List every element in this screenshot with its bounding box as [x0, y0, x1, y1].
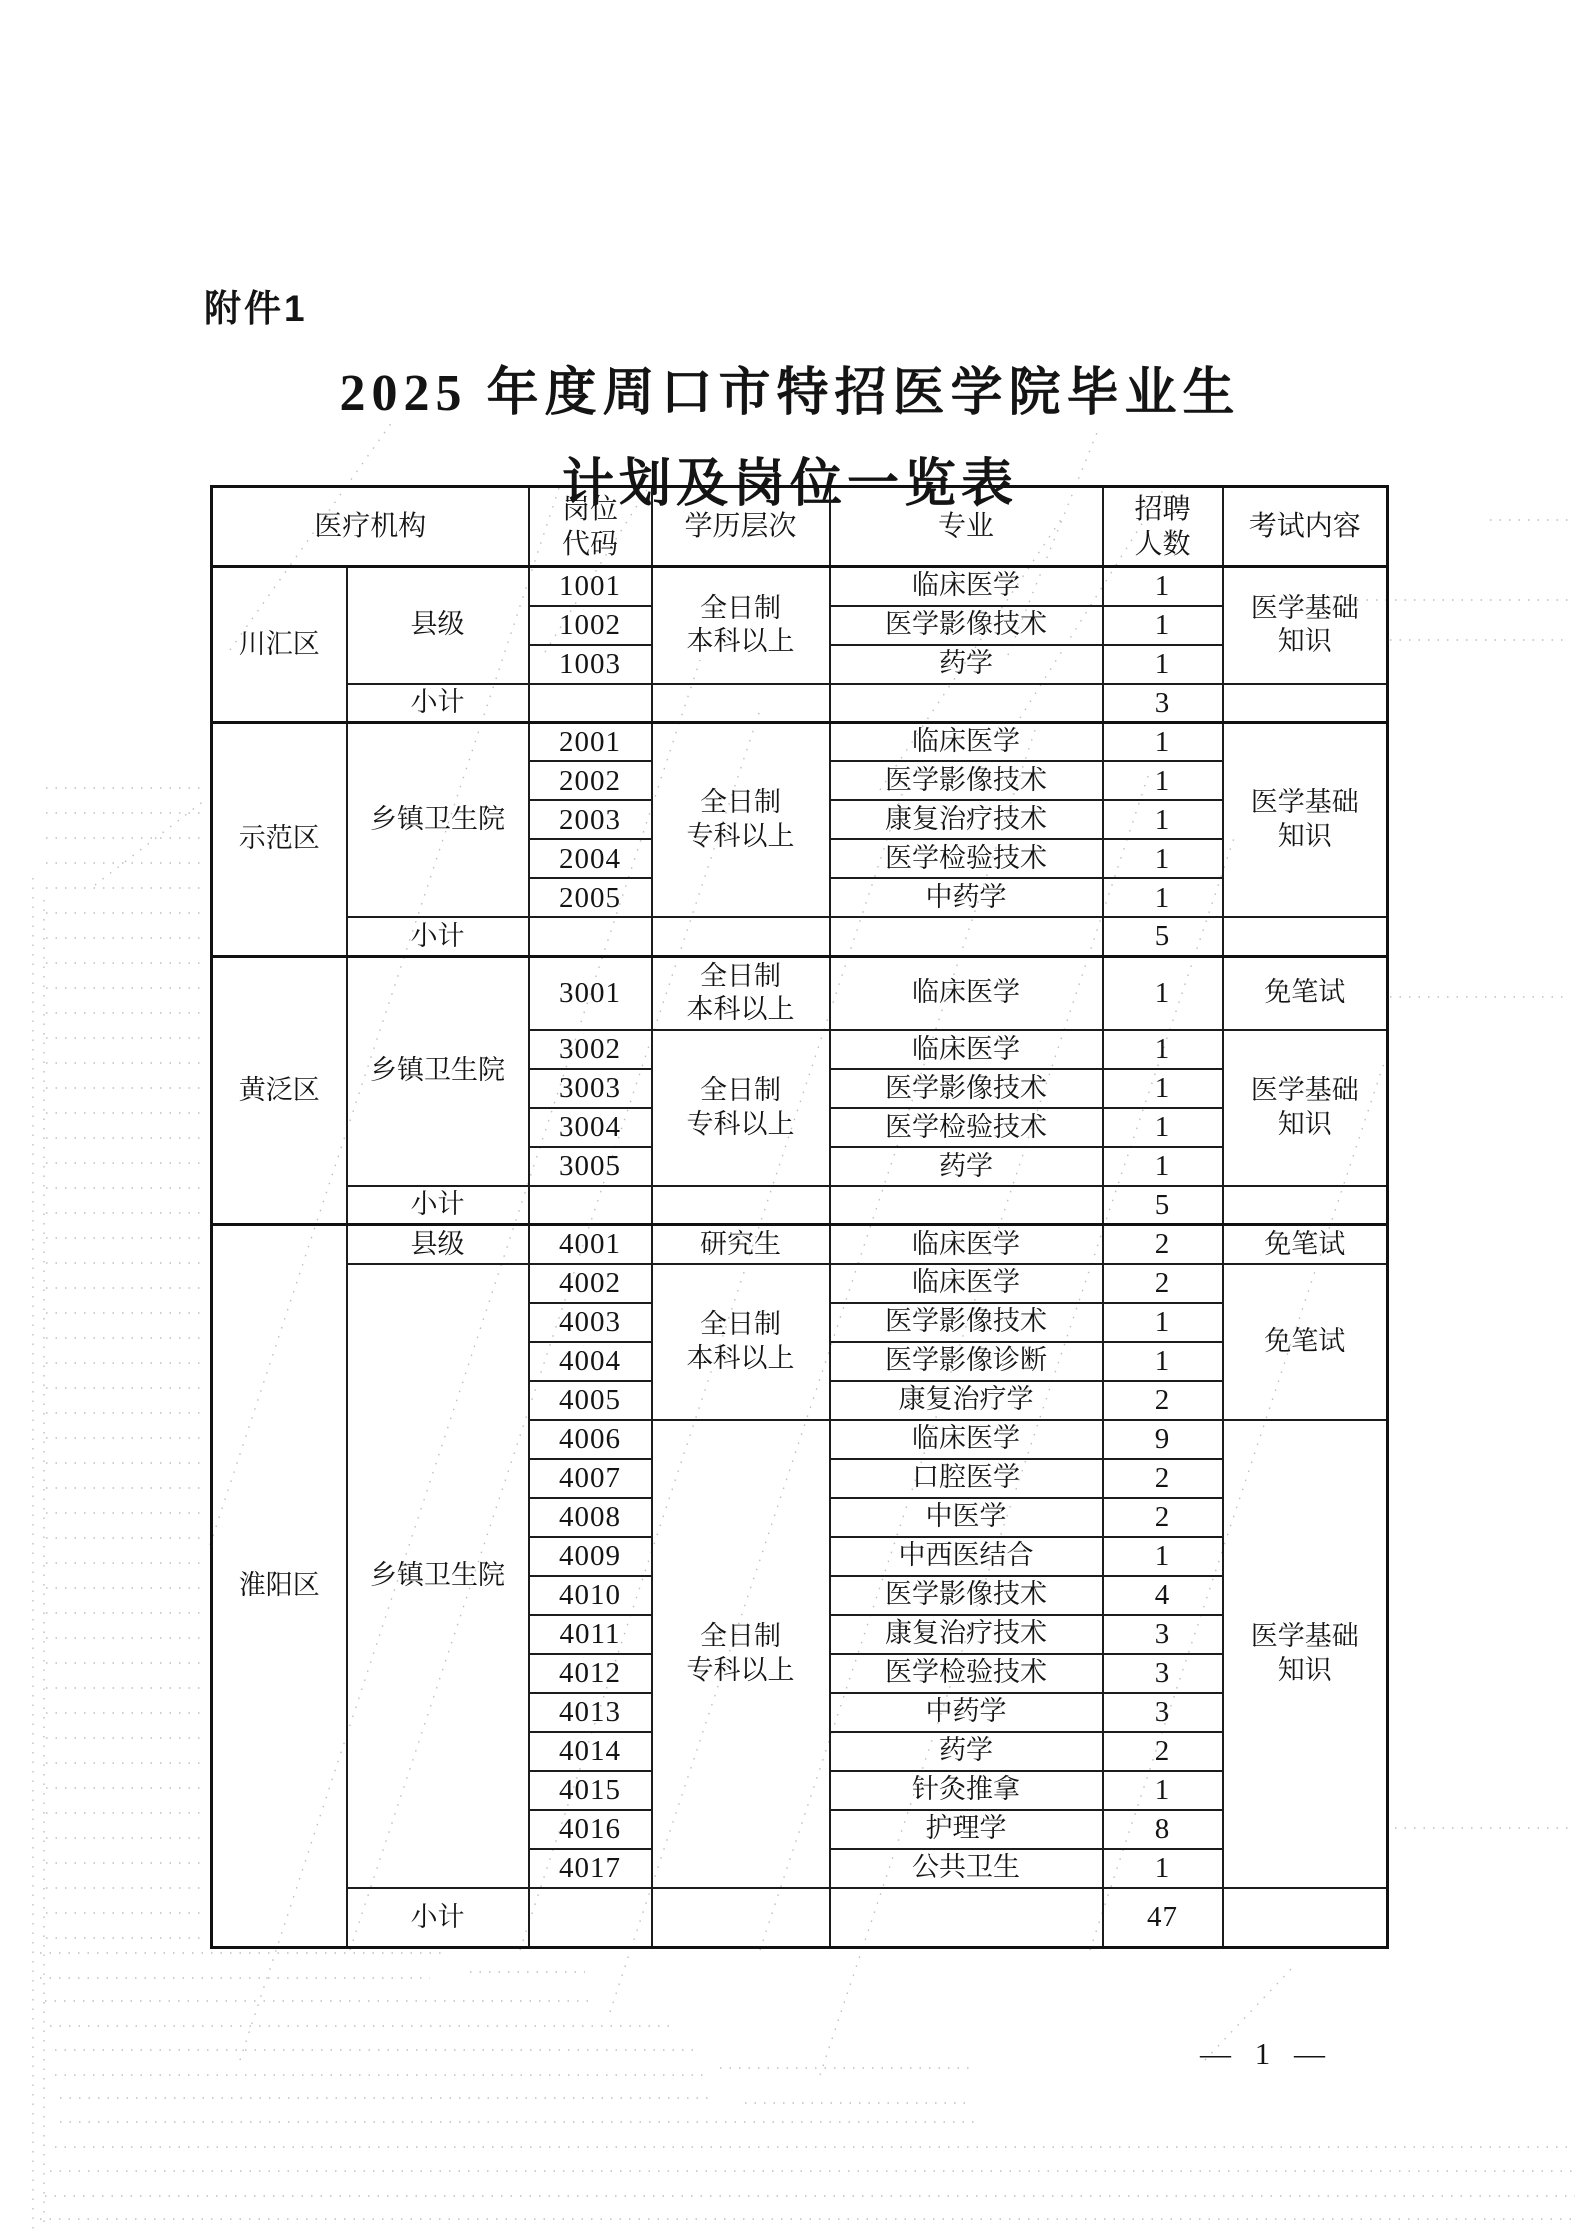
cell-empty [830, 1186, 1103, 1225]
cell-major: 医学影像技术 [830, 1303, 1103, 1342]
header-medical-institution: 医疗机构 [212, 487, 529, 567]
cell-position-code: 4010 [529, 1576, 652, 1615]
cell-major: 中西医结合 [830, 1537, 1103, 1576]
cell-major: 中药学 [830, 1693, 1103, 1732]
document-title-line1: 2025 年度周口市特招医学院毕业生 [0, 350, 1580, 425]
header-education-level: 学历层次 [652, 487, 830, 567]
cell-recruit-count: 3 [1103, 1693, 1223, 1732]
cell-recruit-count: 1 [1103, 606, 1223, 645]
cell-education-level: 全日制 专科以上 [652, 1420, 830, 1888]
cell-subtotal-label: 小计 [347, 684, 529, 723]
cell-empty [652, 1186, 830, 1225]
cell-recruit-count: 1 [1103, 1342, 1223, 1381]
header-exam-content: 考试内容 [1223, 487, 1388, 567]
cell-recruit-count: 1 [1103, 839, 1223, 878]
cell-subtotal-label: 小计 [347, 917, 529, 956]
table-row: 川汇区县级1001全日制 本科以上临床医学1医学基础 知识 [212, 567, 1388, 606]
cell-major: 临床医学 [830, 567, 1103, 606]
table-row: 乡镇卫生院4002全日制 本科以上临床医学2免笔试 [212, 1264, 1388, 1303]
cell-organization: 乡镇卫生院 [347, 722, 529, 917]
cell-empty [830, 1888, 1103, 1948]
cell-major: 医学影像技术 [830, 606, 1103, 645]
cell-empty [529, 1888, 652, 1948]
scanned-document-page: { "page": { "attachment_label": "附件1", "… [0, 0, 1580, 2237]
cell-major: 医学影像技术 [830, 761, 1103, 800]
cell-position-code: 2005 [529, 878, 652, 917]
cell-major: 临床医学 [830, 956, 1103, 1030]
cell-recruit-count: 1 [1103, 800, 1223, 839]
cell-recruit-count: 2 [1103, 1381, 1223, 1420]
cell-major: 中医学 [830, 1498, 1103, 1537]
cell-position-code: 4012 [529, 1654, 652, 1693]
cell-subtotal-count: 3 [1103, 684, 1223, 723]
subtotal-row: 小计5 [212, 917, 1388, 956]
cell-recruit-count: 2 [1103, 1732, 1223, 1771]
cell-subtotal-count: 47 [1103, 1888, 1223, 1948]
cell-major: 临床医学 [830, 722, 1103, 761]
cell-major: 康复治疗学 [830, 1381, 1103, 1420]
cell-major: 临床医学 [830, 1264, 1103, 1303]
cell-position-code: 4004 [529, 1342, 652, 1381]
page-number: — 1 — [1200, 2036, 1333, 2072]
cell-exam-content: 医学基础 知识 [1223, 722, 1388, 917]
cell-major: 康复治疗技术 [830, 800, 1103, 839]
cell-position-code: 4001 [529, 1225, 652, 1264]
subtotal-row: 小计47 [212, 1888, 1388, 1948]
cell-position-code: 1003 [529, 645, 652, 684]
cell-recruit-count: 8 [1103, 1810, 1223, 1849]
cell-major: 临床医学 [830, 1420, 1103, 1459]
cell-education-level: 全日制 本科以上 [652, 1264, 830, 1420]
cell-recruit-count: 1 [1103, 1030, 1223, 1069]
cell-position-code: 4008 [529, 1498, 652, 1537]
cell-recruit-count: 9 [1103, 1420, 1223, 1459]
cell-recruit-count: 1 [1103, 1108, 1223, 1147]
cell-recruit-count: 1 [1103, 1069, 1223, 1108]
cell-district: 示范区 [212, 722, 347, 956]
cell-major: 药学 [830, 645, 1103, 684]
cell-major: 医学影像技术 [830, 1576, 1103, 1615]
cell-recruit-count: 3 [1103, 1654, 1223, 1693]
cell-position-code: 4011 [529, 1615, 652, 1654]
cell-position-code: 3004 [529, 1108, 652, 1147]
cell-recruit-count: 1 [1103, 1147, 1223, 1186]
cell-major: 针灸推拿 [830, 1771, 1103, 1810]
cell-position-code: 4005 [529, 1381, 652, 1420]
cell-subtotal-count: 5 [1103, 917, 1223, 956]
cell-subtotal-label: 小计 [347, 1186, 529, 1225]
cell-education-level: 全日制 专科以上 [652, 722, 830, 917]
cell-empty [652, 1888, 830, 1948]
subtotal-row: 小计5 [212, 1186, 1388, 1225]
cell-position-code: 1002 [529, 606, 652, 645]
cell-empty [652, 917, 830, 956]
attachment-label: 附件1 [204, 278, 308, 332]
cell-exam-content: 免笔试 [1223, 1264, 1388, 1420]
header-position-code: 岗位 代码 [529, 487, 652, 567]
table-row: 示范区乡镇卫生院2001全日制 专科以上临床医学1医学基础 知识 [212, 722, 1388, 761]
cell-major: 药学 [830, 1732, 1103, 1771]
cell-recruit-count: 1 [1103, 567, 1223, 606]
cell-position-code: 2002 [529, 761, 652, 800]
cell-organization: 县级 [347, 1225, 529, 1264]
cell-recruit-count: 2 [1103, 1498, 1223, 1537]
cell-position-code: 4002 [529, 1264, 652, 1303]
cell-recruit-count: 1 [1103, 1849, 1223, 1888]
cell-major: 临床医学 [830, 1225, 1103, 1264]
cell-major: 医学检验技术 [830, 839, 1103, 878]
cell-recruit-count: 1 [1103, 645, 1223, 684]
cell-position-code: 3003 [529, 1069, 652, 1108]
cell-position-code: 4016 [529, 1810, 652, 1849]
cell-position-code: 2004 [529, 839, 652, 878]
cell-organization: 县级 [347, 567, 529, 684]
subtotal-row: 小计3 [212, 684, 1388, 723]
cell-empty [1223, 1888, 1388, 1948]
cell-major: 医学影像技术 [830, 1069, 1103, 1108]
cell-position-code: 4014 [529, 1732, 652, 1771]
cell-recruit-count: 1 [1103, 761, 1223, 800]
cell-recruit-count: 1 [1103, 1537, 1223, 1576]
cell-empty [1223, 684, 1388, 723]
cell-recruit-count: 1 [1103, 1771, 1223, 1810]
cell-position-code: 4017 [529, 1849, 652, 1888]
cell-empty [1223, 1186, 1388, 1225]
cell-recruit-count: 2 [1103, 1225, 1223, 1264]
cell-empty [830, 684, 1103, 723]
cell-empty [652, 684, 830, 723]
cell-exam-content: 医学基础 知识 [1223, 1420, 1388, 1888]
recruitment-plan-table: 医疗机构 岗位 代码 学历层次 专业 招聘 人数 考试内容 川汇区县级1001全… [210, 485, 1389, 1949]
cell-organization: 乡镇卫生院 [347, 1264, 529, 1888]
cell-major: 公共卫生 [830, 1849, 1103, 1888]
cell-district: 川汇区 [212, 567, 347, 723]
cell-recruit-count: 4 [1103, 1576, 1223, 1615]
cell-education-level: 全日制 专科以上 [652, 1030, 830, 1186]
header-major: 专业 [830, 487, 1103, 567]
cell-position-code: 2001 [529, 722, 652, 761]
cell-major: 口腔医学 [830, 1459, 1103, 1498]
cell-major: 中药学 [830, 878, 1103, 917]
cell-major: 医学检验技术 [830, 1108, 1103, 1147]
cell-subtotal-count: 5 [1103, 1186, 1223, 1225]
cell-empty [529, 917, 652, 956]
cell-exam-content: 医学基础 知识 [1223, 567, 1388, 684]
cell-empty [1223, 917, 1388, 956]
cell-subtotal-label: 小计 [347, 1888, 529, 1948]
table-header-row: 医疗机构 岗位 代码 学历层次 专业 招聘 人数 考试内容 [212, 487, 1388, 567]
cell-major: 医学检验技术 [830, 1654, 1103, 1693]
cell-major: 医学影像诊断 [830, 1342, 1103, 1381]
cell-position-code: 4003 [529, 1303, 652, 1342]
cell-position-code: 4015 [529, 1771, 652, 1810]
cell-major: 临床医学 [830, 1030, 1103, 1069]
table-row: 黄泛区乡镇卫生院3001全日制 本科以上临床医学1免笔试 [212, 956, 1388, 1030]
cell-empty [529, 684, 652, 723]
cell-empty [830, 917, 1103, 956]
table-row: 淮阳区县级4001研究生临床医学2免笔试 [212, 1225, 1388, 1264]
cell-district: 黄泛区 [212, 956, 347, 1225]
cell-recruit-count: 2 [1103, 1264, 1223, 1303]
cell-position-code: 2003 [529, 800, 652, 839]
cell-major: 护理学 [830, 1810, 1103, 1849]
cell-recruit-count: 2 [1103, 1459, 1223, 1498]
scan-noise-line [95, 800, 205, 885]
cell-position-code: 4009 [529, 1537, 652, 1576]
cell-education-level: 全日制 本科以上 [652, 956, 830, 1030]
cell-empty [529, 1186, 652, 1225]
cell-recruit-count: 1 [1103, 956, 1223, 1030]
cell-recruit-count: 1 [1103, 1303, 1223, 1342]
cell-recruit-count: 1 [1103, 878, 1223, 917]
header-recruit-count: 招聘 人数 [1103, 487, 1223, 567]
cell-exam-content: 医学基础 知识 [1223, 1030, 1388, 1186]
cell-exam-content: 免笔试 [1223, 1225, 1388, 1264]
cell-position-code: 4013 [529, 1693, 652, 1732]
cell-recruit-count: 1 [1103, 722, 1223, 761]
cell-recruit-count: 3 [1103, 1615, 1223, 1654]
cell-education-level: 研究生 [652, 1225, 830, 1264]
cell-position-code: 4006 [529, 1420, 652, 1459]
cell-major: 康复治疗技术 [830, 1615, 1103, 1654]
cell-education-level: 全日制 本科以上 [652, 567, 830, 684]
cell-position-code: 3002 [529, 1030, 652, 1069]
cell-position-code: 1001 [529, 567, 652, 606]
cell-position-code: 3005 [529, 1147, 652, 1186]
cell-position-code: 4007 [529, 1459, 652, 1498]
cell-exam-content: 免笔试 [1223, 956, 1388, 1030]
cell-major: 药学 [830, 1147, 1103, 1186]
cell-district: 淮阳区 [212, 1225, 347, 1948]
cell-position-code: 3001 [529, 956, 652, 1030]
cell-organization: 乡镇卫生院 [347, 956, 529, 1186]
